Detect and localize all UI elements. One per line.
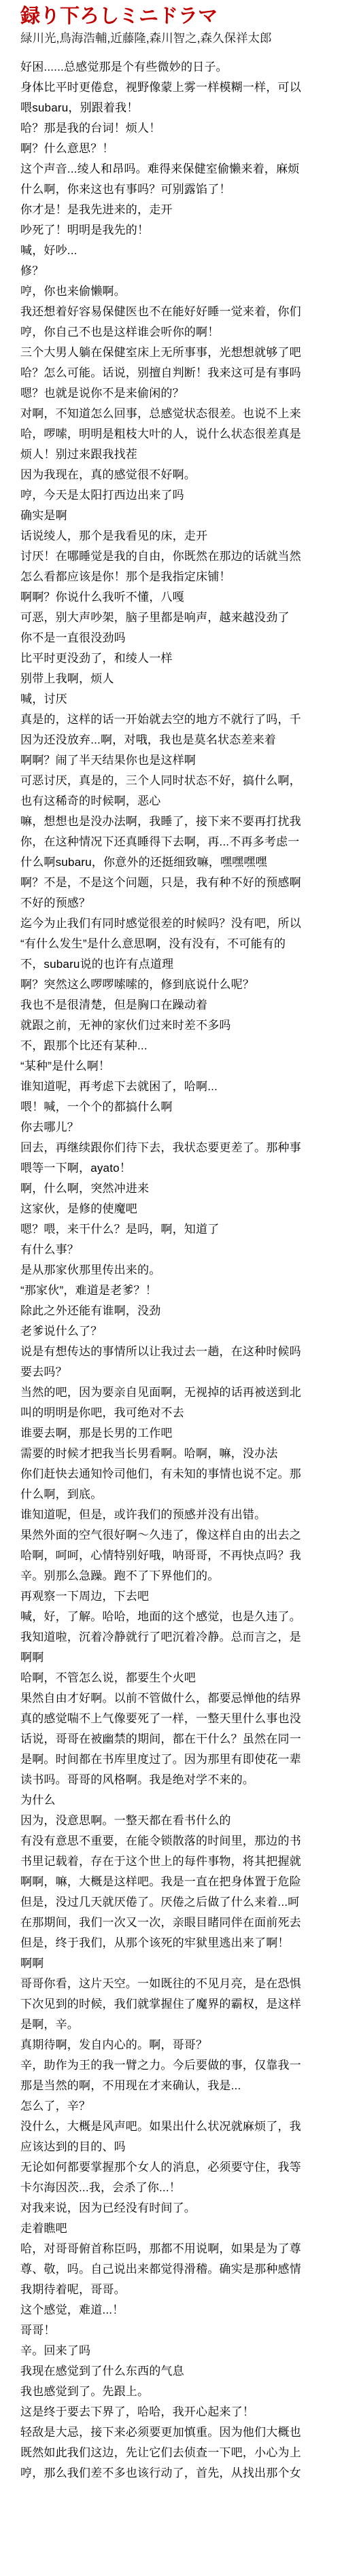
dialogue-line: 话说，哥哥在被幽禁的期间，都在干什么？虽然在同一 — [20, 1729, 340, 1750]
dialogue-line: 迄今为止我们有同时感觉很差的时候吗？没有吧，所以 — [20, 913, 340, 934]
dialogue-line: 对啊，不知道怎么回事，总感觉状态很差。也说不上来 — [20, 404, 340, 424]
dialogue-line: 谁要去啊，那是长男的工作吧 — [20, 1423, 340, 1444]
dialogue-line: 也有这稀奇的时候啊，恶心 — [20, 791, 340, 812]
dialogue-line: 喂！喊，一个个的都搞什么啊 — [20, 1097, 340, 1117]
dialogue-line: 无论如何都要掌握那个女人的消息，必须要守住，我等 — [20, 2157, 340, 2178]
dialogue-line: 真的感觉喘不上气像要死了一样，一整天里什么事也没 — [20, 1709, 340, 1729]
dialogue-line: 哼，那么我们差不多也该行动了，首先，从找出那个女 — [20, 2463, 340, 2484]
dialogue-line: 辛，助作为王的我一臂之力。今后要做的事，仅靠我一 — [20, 2055, 340, 2076]
dialogue-line: 啊？不是，不是这个问题，只是，我有种不好的预感啊 — [20, 873, 340, 893]
dialogue-line: 你不是一直很没劲吗 — [20, 628, 340, 648]
dialogue-line: 走着瞧吧 — [20, 2218, 340, 2239]
dialogue-line: 别带上我啊，烦人 — [20, 669, 340, 689]
dialogue-line: 再观察一下周边，下去吧 — [20, 1586, 340, 1607]
dialogue-line: 怎么了，辛？ — [20, 2096, 340, 2117]
dialogue-line: 是啊。时间都在书库里度过了。因为那里有即使花一辈 — [20, 1750, 340, 1770]
dialogue-line: 喊，好吵... — [20, 241, 340, 261]
dialogue-line: 真期待啊，发自内心的。啊，哥哥？ — [20, 2035, 340, 2055]
dialogue-line: 需要的时候才把我当长男看啊。哈啊，嘛，没办法 — [20, 1444, 340, 1464]
dialogue-line: 果然自由才好啊。以前不管做什么，都要忌惮他的结界 — [20, 1688, 340, 1709]
dialogue-line: 吵死了！明明是我先的！ — [20, 220, 340, 241]
dialogue-line: 这家伙，是修的使魔吧 — [20, 1199, 340, 1219]
dialogue-line: 我期待着呢，哥哥。 — [20, 2280, 340, 2300]
dialogue-line: 喂等一下啊，ayato！ — [20, 1158, 340, 1179]
dialogue-line: 除此之外还能有谁啊，没劲 — [20, 1301, 340, 1321]
dialogue-line: 身体比平时更倦怠，视野像蒙上雾一样模糊一样，可以 — [20, 77, 340, 98]
dialogue-line: 什么啊，到底。 — [20, 1484, 340, 1505]
dialogue-line: 可恶，别大声吵架，脑子里都是响声，越来越没劲了 — [20, 608, 340, 628]
dialogue-line: 在那期间，我们一次又一次，亲眼目睹同伴在面前死去 — [20, 1913, 340, 1933]
dialogue-line: 啊啊 — [20, 1648, 340, 1668]
dialogue-line: 哼，今天是太阳打西边出来了吗 — [20, 485, 340, 506]
dialogue-line: 书里记载着，存在于这个世上的每件事物，将其把握就 — [20, 1851, 340, 1872]
dialogue-line: 哈，啰嗦，明明是粗枝大叶的人，说什么状态很差真是 — [20, 424, 340, 445]
dialogue-line: 既然如此我们这边，先让它们去侦查一下吧，小心为上 — [20, 2443, 340, 2463]
dialogue-line: 可恶讨厌，真是的，三个人同时状态不好，搞什么啊， — [20, 771, 340, 791]
dialogue-line: 不好的预感？ — [20, 893, 340, 913]
dialogue-line: 叫的明明是你吧，我可绝对不去 — [20, 1403, 340, 1423]
dialogue-line: 啊？突然这么啰啰嗦嗦的，修到底说什么呢？ — [20, 975, 340, 995]
dialogue-line: 对我来说，因为已经没有时间了。 — [20, 2198, 340, 2218]
dialogue-line: 就跟之前，无神的家伙们过来时差不多吗 — [20, 1015, 340, 1036]
dialogue-line: 这个声音...绫人和昂吗。难得来保健室偷懒来着，麻烦 — [20, 159, 340, 179]
dialogue-line: “那家伙”，难道是老爹？！ — [20, 1281, 340, 1301]
dialogue-line: 我也不是很清楚，但是胸口在躁动着 — [20, 995, 340, 1015]
dialogue-line: 啊？什么意思？！ — [20, 139, 340, 159]
dialogue-line: 烦人！别过来跟我找茬 — [20, 445, 340, 465]
dialogue-line: 尊、敬，吗。自己说出来都觉得滑稽。确实是那种感情 — [20, 2259, 340, 2280]
dialogue-line: 啊啊？你说什么我听不懂，八嘎 — [20, 587, 340, 608]
dialogue-line: 哈？那是我的台词！烦人！ — [20, 118, 340, 139]
dialogue-line: 喂subaru，别跟着我！ — [20, 98, 340, 118]
dialogue-line: 嘛，想想也是没办法啊，我睡了，接下来不要再打扰我 — [20, 812, 340, 832]
dialogue-line: 啊啊？闹了半天结果你也是这样啊 — [20, 750, 340, 771]
dialogue-line: 我还想着好容易保健医也不在能好好睡一觉来着，你们 — [20, 302, 340, 322]
dialogue-lines: 好困......总感觉那是个有些微妙的日子。身体比平时更倦怠，视野像蒙上雾一样模… — [20, 57, 340, 2484]
dialogue-line: 哈啊，呵呵，心情特别好哦，呐哥哥，不再快点吗？我 — [20, 1546, 340, 1566]
dialogue-line: 应该达到的目的、吗 — [20, 2137, 340, 2157]
dialogue-line: 确实是啊 — [20, 506, 340, 526]
dialogue-line: 我也感觉到了。先跟上。 — [20, 2382, 340, 2402]
cast-list: 緑川光,鳥海浩輔,近藤隆,森川智之,森久保祥太郎 — [20, 30, 340, 46]
dialogue-line: 为什么 — [20, 1790, 340, 1811]
dialogue-line: 什么啊subaru，你意外的还挺细致嘛，嘿嘿嘿嘿 — [20, 852, 340, 873]
dialogue-line: 哥哥你看，这片天空。一如既往的不见月亮，是在恐惧 — [20, 1974, 340, 1994]
dialogue-line: 你去哪儿？ — [20, 1117, 340, 1138]
dialogue-line: 三个大男人躺在保健室床上无所事事，光想想就够了吧 — [20, 343, 340, 363]
dialogue-line: 不，subaru说的也许有点道理 — [20, 954, 340, 975]
dialogue-line: 哼，你也来偷懒啊。 — [20, 281, 340, 302]
dialogue-line: 我现在感觉到了什么东西的气息 — [20, 2361, 340, 2382]
dialogue-line: 有什么事？ — [20, 1240, 340, 1260]
dialogue-line: 辛。回来了吗 — [20, 2341, 340, 2361]
dialogue-line: 哈，对哥哥俯首称臣吗，那都不用说啊，如果是为了尊 — [20, 2239, 340, 2259]
dialogue-line: 讨厌！在哪睡觉是我的自由，你既然在那边的话就当然 — [20, 546, 340, 567]
dialogue-line: 话说绫人，那个是我看见的床，走开 — [20, 526, 340, 546]
dialogue-line: 谁知道呢，但是，或许我们的预感并没有出错。 — [20, 1505, 340, 1525]
dialogue-line: 喊，好，了解。哈哈，地面的这个感觉，也是久违了。 — [20, 1607, 340, 1627]
dialogue-line: 有没有意思不重要，在能令锁散落的时间里，那边的书 — [20, 1831, 340, 1851]
dialogue-line: 这是终于要去下界了，哈哈，我开心起来了！ — [20, 2402, 340, 2422]
dialogue-line: 因为还没放弃...啊，对哦，我也是莫名状态差来着 — [20, 730, 340, 750]
dialogue-line: 哥哥！ — [20, 2320, 340, 2341]
dialogue-line: 嗯？喂，来干什么？是吗，啊，知道了 — [20, 1219, 340, 1240]
dialogue-line: 喊，讨厌 — [20, 689, 340, 710]
dialogue-line: 但是，终于我们，从那个该死的牢狱里逃出来了啊！ — [20, 1933, 340, 1953]
dialogue-line: 没什么，大概是风声吧。如果出什么状况就麻烦了，我 — [20, 2117, 340, 2137]
dialogue-line: 是啊，辛。 — [20, 2015, 340, 2035]
dialogue-line: 老爹说什么了？ — [20, 1321, 340, 1342]
page-title: 録り下ろしミニドラマ — [20, 4, 340, 29]
dialogue-line: 啊啊 — [20, 1953, 340, 1974]
dialogue-line: 因为，没意思啊。一整天都在看书什么的 — [20, 1811, 340, 1831]
dialogue-line: 那是当然的啊，不用现在才来确认，我是... — [20, 2076, 340, 2096]
dialogue-line: 哈？怎么可能。话说，别擅自判断！我来这可是有事吗 — [20, 363, 340, 383]
dialogue-line: 什么啊，你来这也有事吗？可别露馅了！ — [20, 179, 340, 200]
dialogue-line: 因为我现在，真的感觉很不好啊。 — [20, 465, 340, 485]
dialogue-line: 回去，再继续跟你们待下去，我状态要更差了。那种事 — [20, 1138, 340, 1158]
dialogue-line: 果然外面的空气很好啊～久违了，像这样自由的出去之 — [20, 1525, 340, 1546]
dialogue-line: 真是的，这样的话一开始就去空的地方不就行了吗，千 — [20, 710, 340, 730]
dialogue-line: 怎么看都应该是你！那个是我指定床铺！ — [20, 567, 340, 587]
dialogue-line: 轻敌是大忌，接下来必须要更加慎重。因为他们大概也 — [20, 2422, 340, 2443]
dialogue-line: 你才是！是我先进来的，走开 — [20, 200, 340, 220]
dialogue-line: 比平时更没劲了，和绫人一样 — [20, 648, 340, 669]
dialogue-line: 嗯？也就是说你不是来偷闲的？ — [20, 383, 340, 404]
dialogue-line: 啊啊，嘛，大概是这样吧。我是一直在把身体置于危险 — [20, 1872, 340, 1892]
dialogue-line: “某种”是什么啊！ — [20, 1056, 340, 1077]
dialogue-line: 要去吗？ — [20, 1362, 340, 1382]
dialogue-line: 下次见到的时候，我们就掌握住了魔界的霸权，是这样 — [20, 1994, 340, 2015]
dialogue-line: 不，跟那个比还有某种... — [20, 1036, 340, 1056]
dialogue-line: 你，在这种情况下还真睡得下去啊，再...不再多考虑一 — [20, 832, 340, 852]
dialogue-line: 谁知道呢，再考虑下去就困了，哈啊... — [20, 1077, 340, 1097]
dialogue-line: 啊，什么啊，突然冲进来 — [20, 1179, 340, 1199]
dialogue-line: 好困......总感觉那是个有些微妙的日子。 — [20, 57, 340, 77]
document-page: 録り下ろしミニドラマ 緑川光,鳥海浩輔,近藤隆,森川智之,森久保祥太郎 好困..… — [0, 0, 340, 2484]
dialogue-line: 我知道啦，沉着冷静就行了吧沉着冷静。总而言之，是 — [20, 1627, 340, 1648]
dialogue-line: 说是有想传达的事情所以让我过去一趟，在这种时候吗 — [20, 1342, 340, 1362]
dialogue-line: 读书吗。哥哥的风格啊。我是绝对学不来的。 — [20, 1770, 340, 1790]
dialogue-line: 卡尔海因茨...我，会杀了你...！ — [20, 2178, 340, 2198]
dialogue-line: 这个感觉，难道...！ — [20, 2300, 340, 2320]
dialogue-line: “有什么发生”是什么意思啊，没有没有，不可能有的 — [20, 934, 340, 954]
dialogue-line: 但是，没过几天就厌倦了。厌倦之后做了什么来着...呵 — [20, 1892, 340, 1913]
dialogue-line: 是从那家伙那里传出来的。 — [20, 1260, 340, 1281]
dialogue-line: 你们赶快去通知怜司他们，有未知的事情也说不定。那 — [20, 1464, 340, 1484]
dialogue-line: 辛。别那么急躁。跑不了下界他们的。 — [20, 1566, 340, 1586]
dialogue-line: 哼，你自己不也是这样谁会听你的啊！ — [20, 322, 340, 343]
dialogue-line: 修？ — [20, 261, 340, 281]
dialogue-line: 哈啊，不管怎么说，都要生个火吧 — [20, 1668, 340, 1688]
dialogue-line: 当然的吧，因为要亲自见面啊，无视掉的话再被送到北 — [20, 1382, 340, 1403]
